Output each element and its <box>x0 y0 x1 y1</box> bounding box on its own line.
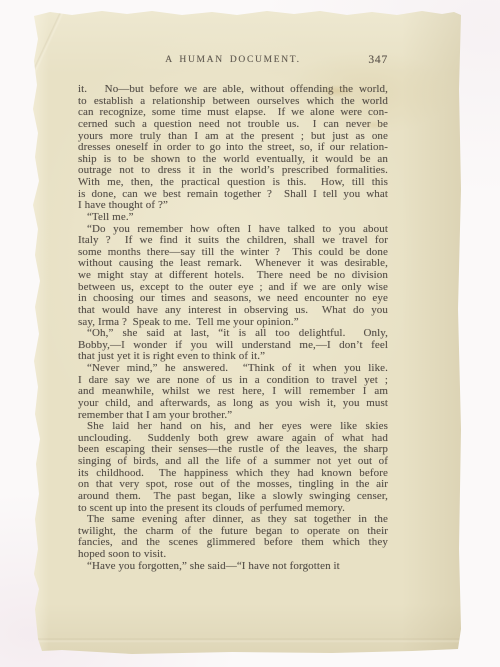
text-line: The same evening after dinner, as they s… <box>78 514 388 526</box>
text-line: Italy ? If we find it suits the children… <box>78 235 388 247</box>
page-text: it. No—but before we are able, without o… <box>78 84 388 572</box>
text-line: “Never mind,” he answered. “Think of it … <box>78 363 388 375</box>
text-line: singing of birds, and all the life of a … <box>78 456 388 468</box>
paragraph: “Tell me.” <box>78 212 388 224</box>
text-line: “Tell me.” <box>78 212 388 224</box>
paragraph: The same evening after dinner, as they s… <box>78 514 388 561</box>
text-line: around them. The past began, like a slow… <box>78 491 388 503</box>
text-line: that would have any interest in observin… <box>78 305 388 317</box>
text-line: hoped soon to visit. <box>78 549 388 561</box>
running-header-title: A HUMAN DOCUMENT. <box>78 55 388 65</box>
paragraph: “Do you remember how often I have talked… <box>78 224 388 329</box>
paragraph: “Never mind,” he answered. “Think of it … <box>78 363 388 421</box>
paragraph: She laid her hand on his, and her eyes w… <box>78 421 388 514</box>
text-line: it. No—but before we are able, without o… <box>78 84 388 96</box>
text-line: With me, then, the practical question is… <box>78 177 388 189</box>
book-page: A HUMAN DOCUMENT. 347 it. No—but before … <box>32 9 462 655</box>
paragraph: “Have you forgotten,” she said—“I have n… <box>78 561 388 573</box>
text-line: we might stay at different hotels. There… <box>78 270 388 282</box>
text-line: “Oh,” she said at last, “it is all too d… <box>78 328 388 340</box>
running-header: A HUMAN DOCUMENT. 347 <box>78 55 388 68</box>
paragraph: “Oh,” she said at last, “it is all too d… <box>78 328 388 363</box>
paragraph: it. No—but before we are able, without o… <box>78 84 388 212</box>
page-number: 347 <box>368 54 388 66</box>
text-line: cerned such a question need not trouble … <box>78 119 388 131</box>
text-line: “Have you forgotten,” she said—“I have n… <box>78 561 388 573</box>
text-line: dresses oneself in order to go into the … <box>78 142 388 154</box>
text-line: She laid her hand on his, and her eyes w… <box>78 421 388 433</box>
text-line: your child, and afterwards, as long as y… <box>78 398 388 410</box>
